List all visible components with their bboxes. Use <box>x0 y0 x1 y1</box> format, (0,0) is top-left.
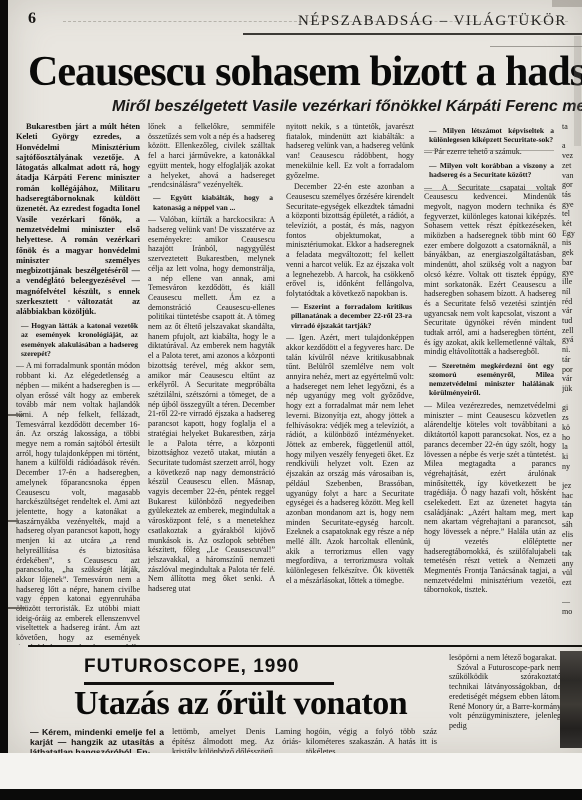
cut-off-edge-column: ta a vez zet van gor tás gye tel két Egy… <box>562 122 582 645</box>
cut-off-photo <box>560 651 582 748</box>
body-paragraph: nyitott nekik, s a tüntetők, javarészt f… <box>286 122 414 180</box>
futuroscope-kicker: FUTUROSCOPE, 1990 <box>84 656 300 678</box>
scan-artifact-line <box>490 46 582 47</box>
body-paragraph: — Igen. Azért, mert tulajdonképpen akkor… <box>286 333 414 585</box>
body-paragraph: Szóval a Futuroscope-park nem szűkölködi… <box>449 663 561 731</box>
margin-dash-mark <box>8 414 24 416</box>
section-divider-rule <box>28 645 582 647</box>
interview-question: — Együtt kiabálták, hogy a katonaság a n… <box>148 193 275 211</box>
paper-speck <box>68 300 70 302</box>
body-paragraph: — A Securitate csapatai voltak Ceausescu… <box>424 183 556 358</box>
futuroscope-column-4: lesöpörni a nem létező bogarakat. Szóval… <box>449 653 561 753</box>
newspaper-paper: 6 NÉPSZABADSÁG – VILÁGTÜKÖR Ceausescu so… <box>8 0 582 753</box>
futuroscope-column-1: — Kérem, mindenki emelje fel a karját — … <box>30 727 164 753</box>
main-headline: Ceausescu sohasem bizott a hadsere <box>28 48 582 98</box>
paper-speck <box>38 470 40 472</box>
futuroscope-column-3: hogóin, végig a folyó több száz kilométe… <box>306 727 437 753</box>
masthead-rule <box>243 33 582 35</box>
article-column-3: nyitott nekik, s a tüntetők, javarészt f… <box>286 122 414 645</box>
scan-artifact-line <box>424 150 554 151</box>
body-paragraph: lettömb, amelyet Denis Laming építész ál… <box>172 727 301 753</box>
scan-bottom-border <box>0 789 582 800</box>
paper-speck <box>528 560 530 562</box>
margin-dash-mark <box>8 607 26 609</box>
body-paragraph: December 22-én este azonban a Ceausescu … <box>286 182 414 298</box>
scan-artifact-line <box>424 190 554 191</box>
margin-dash-mark <box>8 520 19 522</box>
futuroscope-column-2: lettömb, amelyet Denis Laming építész ál… <box>172 727 301 753</box>
body-paragraph: — Milea vezérezredes, nemzetvédelmi mini… <box>424 401 556 595</box>
scan-smudge <box>552 0 582 7</box>
article-column-2: lőnek a felkelőkre, semmiféle összetűzés… <box>148 122 275 645</box>
interview-question: — Milyen volt korábban a viszony a hadse… <box>424 161 556 179</box>
main-subheadline: Miről beszélgetett Vasile vezérkari főnö… <box>112 98 582 120</box>
newspaper-scan-page: 6 NÉPSZABADSÁG – VILÁGTÜKÖR Ceausescu so… <box>0 0 582 800</box>
interview-question: — Milyen létszámot képviseltek a különle… <box>424 126 556 144</box>
interview-question: — Szeretném megkérdezni önt egy szomorú … <box>424 361 556 398</box>
scan-smudge <box>574 36 581 146</box>
masthead-title: NÉPSZABADSÁG – VILÁGTÜKÖR <box>298 13 567 30</box>
scan-background-strip <box>0 753 582 789</box>
article-column-4: — Milyen létszámot képviseltek a különle… <box>424 122 556 645</box>
body-paragraph: lőnek a felkelőkre, semmiféle összetűzés… <box>148 122 275 190</box>
futuroscope-headline: Utazás az őrült vonaton <box>74 685 407 723</box>
body-paragraph: lesöpörni a nem létező bogarakat. <box>449 653 561 663</box>
body-paragraph: — Kérem, mindenki emelje fel a karját — … <box>30 727 164 753</box>
scan-left-border <box>0 0 8 753</box>
interview-question: — Eszerint a forradalom kritikus pillana… <box>286 302 414 330</box>
body-paragraph: — Pár ezerre tehető a számuk. <box>424 147 556 157</box>
body-paragraph: hogóin, végig a folyó több száz kilométe… <box>306 727 437 753</box>
intro-paragraph: Bukarestben járt a múlt héten Keleti Gyö… <box>16 122 140 318</box>
page-number: 6 <box>28 10 36 28</box>
interview-question: — Hogyan látták a katonai vezetők az ese… <box>16 321 140 358</box>
body-paragraph: — Valóban, kiírták a harckocsikra: A had… <box>148 215 275 593</box>
body-paragraph: — A mi forradalmunk spontán módon robban… <box>16 361 140 645</box>
article-column-1: Bukarestben járt a múlt héten Keleti Gyö… <box>16 122 140 645</box>
